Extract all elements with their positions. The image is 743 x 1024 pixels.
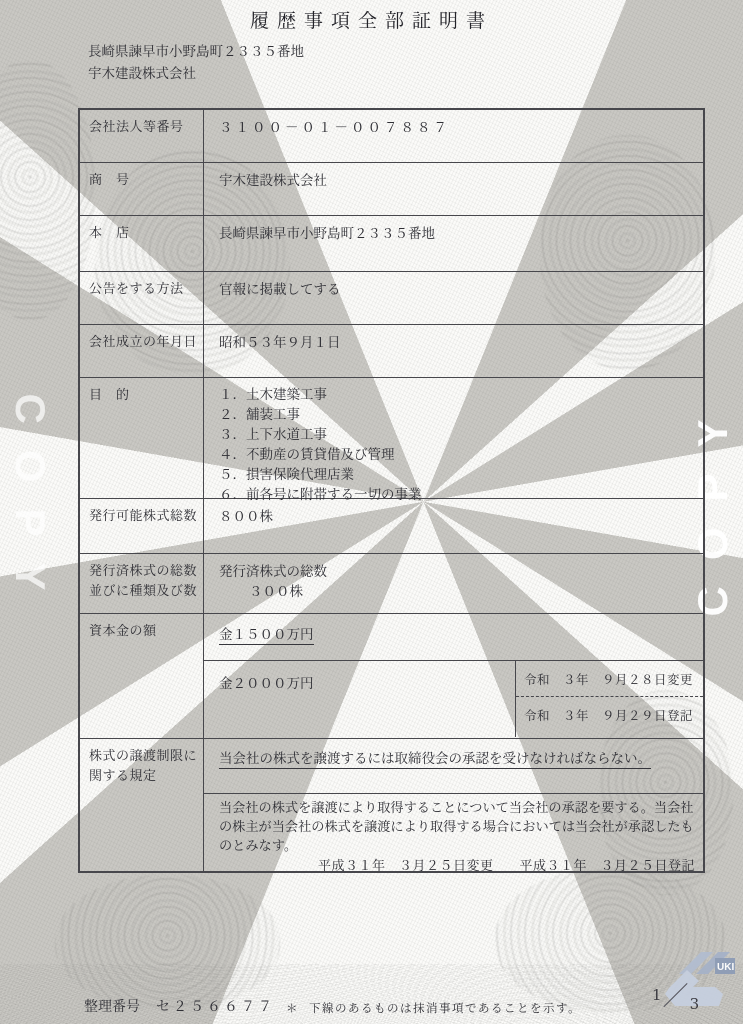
purpose-item: ５．損害保険代理店業 <box>219 466 693 485</box>
logo-text: UKI <box>717 962 734 973</box>
row-value: 官報に掲載してする <box>204 272 703 324</box>
row-label: 会社法人等番号 <box>80 110 204 162</box>
table-row-authorized-shares: 発行可能株式総数 ８００株 <box>80 498 703 553</box>
capital-amount: 金２０００万円 <box>204 661 515 737</box>
struck-provision: 当会社の株式を譲渡するには取締役会の承認を受けなければならない。 <box>219 751 651 769</box>
restriction-dates: 平成３１年 ３月２５日変更平成３１年 ３月２５日登記 <box>219 858 697 877</box>
page-number: 1 ／ 3 <box>652 986 699 1013</box>
capital-change-date: 令和 ３年 ９月２８日変更 <box>516 661 703 696</box>
certificate-page: COPY COPY 履歴事項全部証明書 長崎県諫早市小野島町２３３５番地 宇木建… <box>0 0 743 1024</box>
purpose-item: ２．舗装工事 <box>219 406 693 425</box>
issued-shares-heading: 発行済株式の総数 <box>219 562 693 582</box>
page-separator: ／ <box>663 986 689 1008</box>
table-row-issued-shares: 発行済株式の総数並びに種類及び数 発行済株式の総数 ３００株 <box>80 553 703 613</box>
row-value: 長崎県諫早市小野島町２３３５番地 <box>204 216 703 271</box>
row-value: 宇木建設株式会社 <box>204 163 703 215</box>
struck-capital-amount: 金１５００万円 <box>219 627 314 645</box>
table-row-purpose: 目 的 １．土木建築工事 ２．舗装工事 ３．上下水道工事 ４．不動産の賃貸借及び… <box>80 377 703 498</box>
table-row-trade-name: 商 号 宇木建設株式会社 <box>80 162 703 215</box>
capital-value-column: 金１５００万円 金２０００万円 令和 ３年 ９月２８日変更 令和 ３年 ９月２９… <box>204 614 703 738</box>
row-value: 発行済株式の総数 ３００株 <box>204 554 703 613</box>
registry-table: 会社法人等番号 ３１００－０１－００７８８７ 商 号 宇木建設株式会社 本 店 … <box>78 108 705 873</box>
row-value: ８００株 <box>204 499 703 553</box>
table-row-share-transfer-restriction: 株式の譲渡制限に関する規定 当会社の株式を譲渡するには取締役会の承認を受けなけれ… <box>80 738 703 871</box>
table-row-incorporation-date: 会社成立の年月日 昭和５３年９月１日 <box>80 324 703 377</box>
capital-current-entry: 金２０００万円 令和 ３年 ９月２８日変更 令和 ３年 ９月２９日登記 <box>204 660 703 737</box>
recipient-address: 長崎県諫早市小野島町２３３５番地 <box>88 42 304 64</box>
purpose-item: １．土木建築工事 <box>219 386 693 405</box>
row-label: 株式の譲渡制限に関する規定 <box>80 739 204 871</box>
row-label: 発行済株式の総数並びに種類及び数 <box>80 554 204 613</box>
row-label: 資本金の額 <box>80 614 204 738</box>
capital-date-column: 令和 ３年 ９月２８日変更 令和 ３年 ９月２９日登記 <box>515 661 703 737</box>
row-label: 公告をする方法 <box>80 272 204 324</box>
restriction-change-date: 平成３１年 ３月２５日変更 <box>318 859 494 874</box>
serial-label: 整理番号 <box>84 999 140 1015</box>
serial-value: セ２５６６７７ <box>156 999 275 1015</box>
table-row-capital: 資本金の額 金１５００万円 金２０００万円 令和 ３年 ９月２８日変更 令和 ３… <box>80 613 703 738</box>
purpose-item: ４．不動産の賃貸借及び管理 <box>219 446 693 465</box>
restriction-current-entry: 当会社の株式を譲渡により取得することについて当会社の承認を要する。当会社の株主が… <box>204 793 703 870</box>
page-current: 1 <box>652 986 662 1004</box>
restriction-provision-text: 当会社の株式を譲渡により取得することについて当会社の承認を要する。当会社の株主が… <box>219 801 694 854</box>
row-label: 発行可能株式総数 <box>80 499 204 553</box>
row-value: １．土木建築工事 ２．舗装工事 ３．上下水道工事 ４．不動産の賃貸借及び管理 ５… <box>204 378 703 498</box>
table-row-corporate-number: 会社法人等番号 ３１００－０１－００７８８７ <box>80 110 703 162</box>
page-title: 履歴事項全部証明書 <box>0 6 743 33</box>
note-text: 下線のあるものは抹消事項であることを示す。 <box>309 1001 581 1015</box>
restriction-registration-date: 平成３１年 ３月２５日登記 <box>519 859 695 874</box>
page-total: 3 <box>690 995 700 1013</box>
row-label: 本 店 <box>80 216 204 271</box>
table-row-public-notice: 公告をする方法 官報に掲載してする <box>80 271 703 324</box>
issued-shares-count: ３００株 <box>219 582 693 602</box>
serial-number: 整理番号セ２５６６７７ <box>84 996 275 1016</box>
row-value: ３１００－０１－００７８８７ <box>204 110 703 162</box>
asterisk-mark: ＊ <box>286 1001 299 1015</box>
table-row-head-office: 本 店 長崎県諫早市小野島町２３３５番地 <box>80 215 703 271</box>
capital-registration-date: 令和 ３年 ９月２９日登記 <box>516 696 703 737</box>
recipient-company: 宇木建設株式会社 <box>88 64 304 86</box>
recipient-block: 長崎県諫早市小野島町２３３５番地 宇木建設株式会社 <box>88 42 304 85</box>
restriction-value-column: 当会社の株式を譲渡するには取締役会の承認を受けなければならない。 当会社の株式を… <box>204 739 703 871</box>
restriction-old-entry: 当会社の株式を譲渡するには取締役会の承認を受けなければならない。 <box>204 739 703 793</box>
row-label: 商 号 <box>80 163 204 215</box>
row-label: 目 的 <box>80 378 204 498</box>
purpose-list: １．土木建築工事 ２．舗装工事 ３．上下水道工事 ４．不動産の賃貸借及び管理 ５… <box>219 386 693 504</box>
document-content: 履歴事項全部証明書 長崎県諫早市小野島町２３３５番地 宇木建設株式会社 会社法人… <box>0 0 743 1024</box>
row-value: 昭和５３年９月１日 <box>204 325 703 377</box>
purpose-item: ３．上下水道工事 <box>219 426 693 445</box>
capital-old-entry: 金１５００万円 <box>204 614 703 660</box>
row-label: 会社成立の年月日 <box>80 325 204 377</box>
strikethrough-note: ＊下線のあるものは抹消事項であることを示す。 <box>286 1000 581 1016</box>
